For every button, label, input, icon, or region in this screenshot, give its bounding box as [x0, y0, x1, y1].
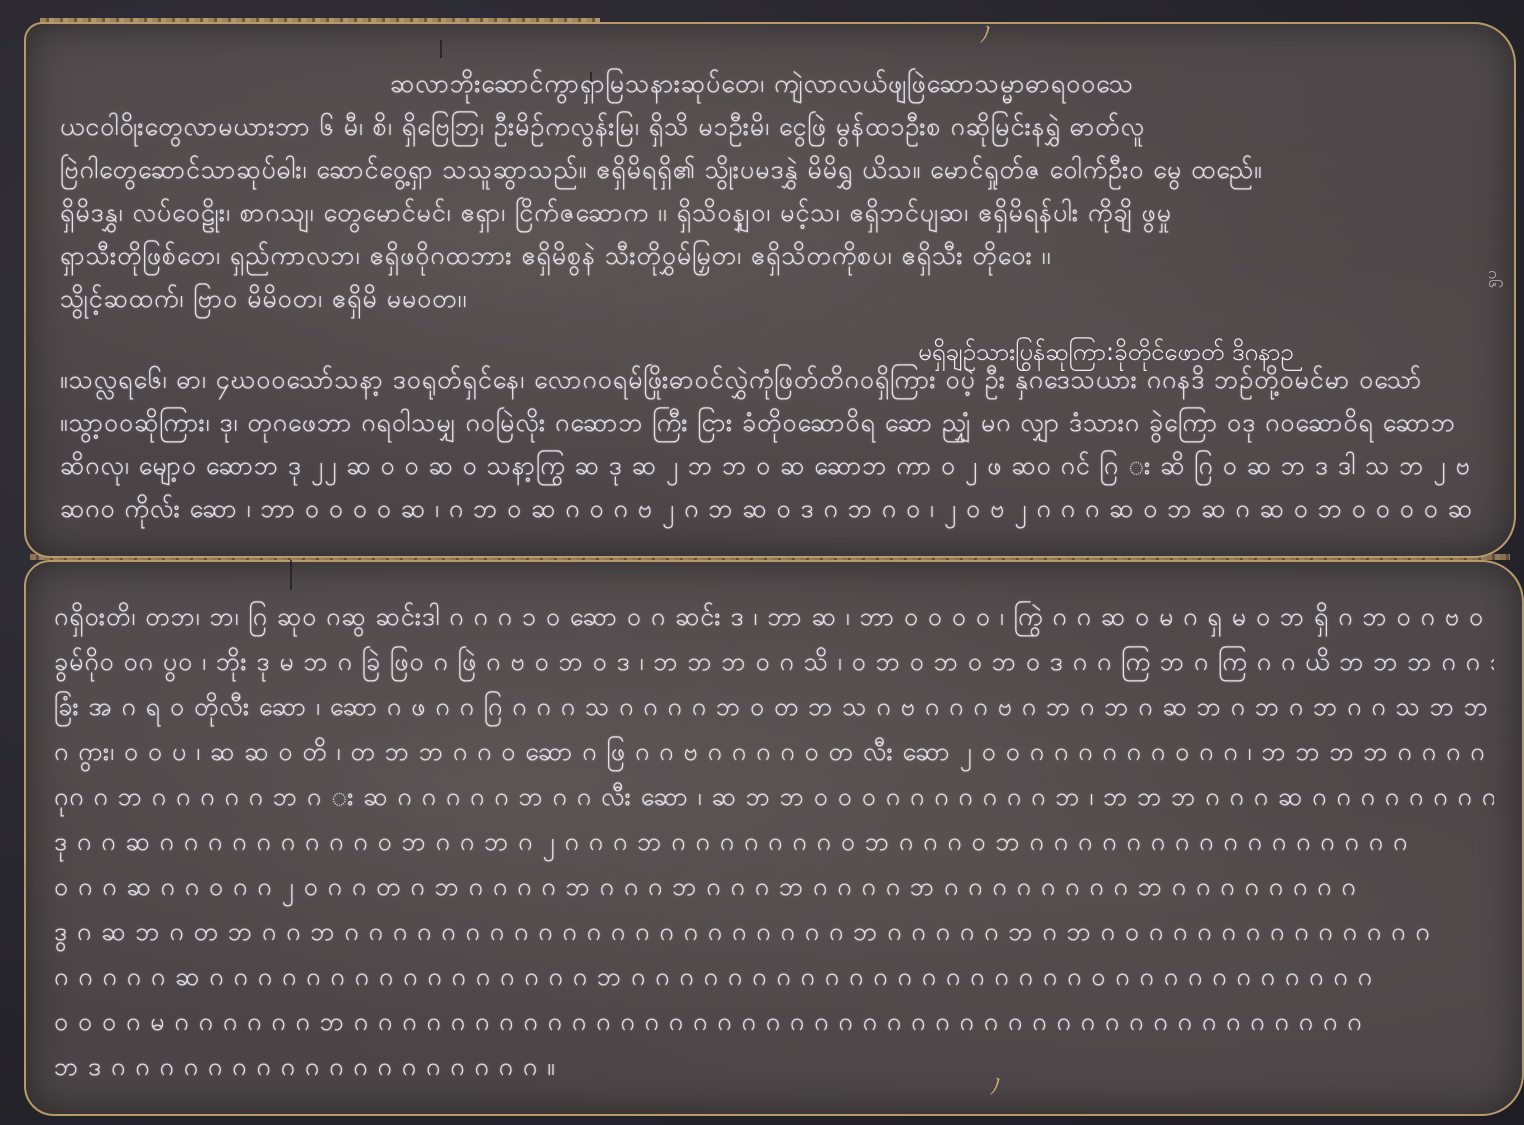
script-line: ။သွာ့ဝ၀ဆိုကြား၊ ဒု၊ တုဂဖေဘာ ဂရဝါသမျှ ဂဝမ…: [60, 401, 1480, 444]
script-line: ဂုဂ ဂ ဘ ဂ ဂ ဂ ဂ ဂ ဘ ဂ း ဆ ဂ ဂ ဂ ဂ ဂ ဘ ဂ …: [54, 774, 1494, 819]
script-line: ဗြဲဂါတွေဆောင်သာဆုပ်ဓါး၊ ဆောင်ဝွေ့ရှာ သသူ…: [60, 148, 1480, 191]
script-line: ဒု ဂ ဂ ဆ ဂ ဂ ဂ ဂ ဂ ဂ ဂ ဂ ဂ ဝ ဘ ဂ ဂ ဘ ဂ ၂…: [54, 819, 1494, 864]
script-line: ။သလ္လရ၆ေ၊ ဓာ၊ ၄ဃဝ၀သော်သနာ့ ဒဝရုတ်ရှင်နေ၊…: [60, 358, 1480, 401]
script-line: ဂ ဂ ဂ ဂ ဂ ဆ ဂ ဂ ဂ ဂ ဂ ဂ ဂ ဂ ဂ ဂ ဂ ဂ ဂ ဂ …: [54, 954, 1494, 999]
bottom-folio-text: ဂရှိဝးတိ၊ တဘ၊ ဘ၊ ဂြ ဆုဝ ဂဆွ ဆင်းဒါ ဂ ဂ ဂ…: [54, 594, 1494, 1089]
paper-crack: [290, 560, 292, 590]
script-line: ခွမ်ဂိုဝ ဝဂ ပွဝ ၊ ဘိုး ဒု မ ဘ ဂ ခြဲ ဖြဝ …: [54, 639, 1494, 684]
script-line: သွိုင့်ဆထက်၊ ဗြာဝ မိမိဝတ၊ ဧရှိမိ မမဝတ၊၊: [60, 277, 700, 320]
paper-damage-mark: ﾉ: [980, 18, 991, 49]
script-line: ဝ ဝ ဝ ဂ မ ဂ ဂ ဂ ဂ ဂ ဂ ဘ ဂ ဂ ဂ ဂ ဂ ဂ ဂ ဂ …: [54, 999, 1494, 1044]
script-line: ဆလာဘိုးဆောင်ကွာရှာမြသနားဆုပ်တေ၊ ကျဲလာလယ်…: [60, 62, 1524, 105]
top-folio-text: ဆလာဘိုးဆောင်ကွာရှာမြသနားဆုပ်တေ၊ ကျဲလာလယ်…: [60, 62, 1524, 320]
paper-crack: [440, 40, 442, 58]
script-line: ခြံး အ ဂ ရ ဝ တိုလီး ဆော ၊ ဆော ဂ ဖ ဂ ဂ ဂြ…: [54, 684, 1494, 729]
script-line: ဒွ ဂ ဆ ဘ ဂ တ ဘ ဂ ဂ ဘ ဂ ဂ ဂ ဂ ဂ ဂ ဂ ဂ ဂ ဂ…: [54, 909, 1494, 954]
script-line: ဆဂဝ ကိုလ်း ဆော ၊ ဘာ ၀ ၀ ၀ ၀ ဆ ၊ ဂ ဘ ဝ ဆ …: [60, 487, 1480, 530]
script-line: ဆိဂလု၊ မျော့ဝ ဆောဘ ဒု ၂၂ ဆ ဝ ဝ ဆ ဝ သနာ့က…: [60, 444, 1480, 487]
script-line: ဘ ဒ ဂ ဂ ဂ ဂ ဂ ဂ ဂ ဂ ဂ ဂ ဂ ဂ ဂ ဂ ဂ ဂ ဂ ဂ …: [54, 1044, 694, 1089]
margin-note: ဂ၆: [1482, 270, 1506, 288]
script-line: ရှိမိဒနွှ၊ လပ်ဝေဠိုး၊ စာဂသျ၊ တွေမောင်မင်…: [60, 191, 1480, 234]
script-line: ယငဝါ၀ိုးတွေလာမယားဘာ ၆ မီ၊ စိ၊ ရှိဗြေဘြ၊ …: [60, 105, 1480, 148]
script-line: ရှာသီးတိုဖြစ်တေ၊ ရှည်ကာလဘ၊ ဧရှိဖဝိုဂထဘား…: [60, 234, 1480, 277]
script-line: ဝ ဂ ဂ ဆ ဂ ဂ ဝ ဂ ဂ ၂ ဝ ဂ ဂ တ ဂ ဘ ဂ ဂ ဂ ဂ …: [54, 864, 1494, 909]
script-line: ဂ ဂွား၊ ဝ ဝ ပ ၊ ဆ ဆ ဝ တိ ၊ တ ဘ ဘ ဂ ဂ ဝ ဆ…: [54, 729, 1494, 774]
script-line: ဂရှိဝးတိ၊ တဘ၊ ဘ၊ ဂြ ဆုဝ ဂဆွ ဆင်းဒါ ဂ ဂ ဂ…: [54, 594, 1494, 639]
top-folio-text-continued: ။သလ္လရ၆ေ၊ ဓာ၊ ၄ဃဝ၀သော်သနာ့ ဒဝရုတ်ရှင်နေ၊…: [60, 358, 1480, 530]
